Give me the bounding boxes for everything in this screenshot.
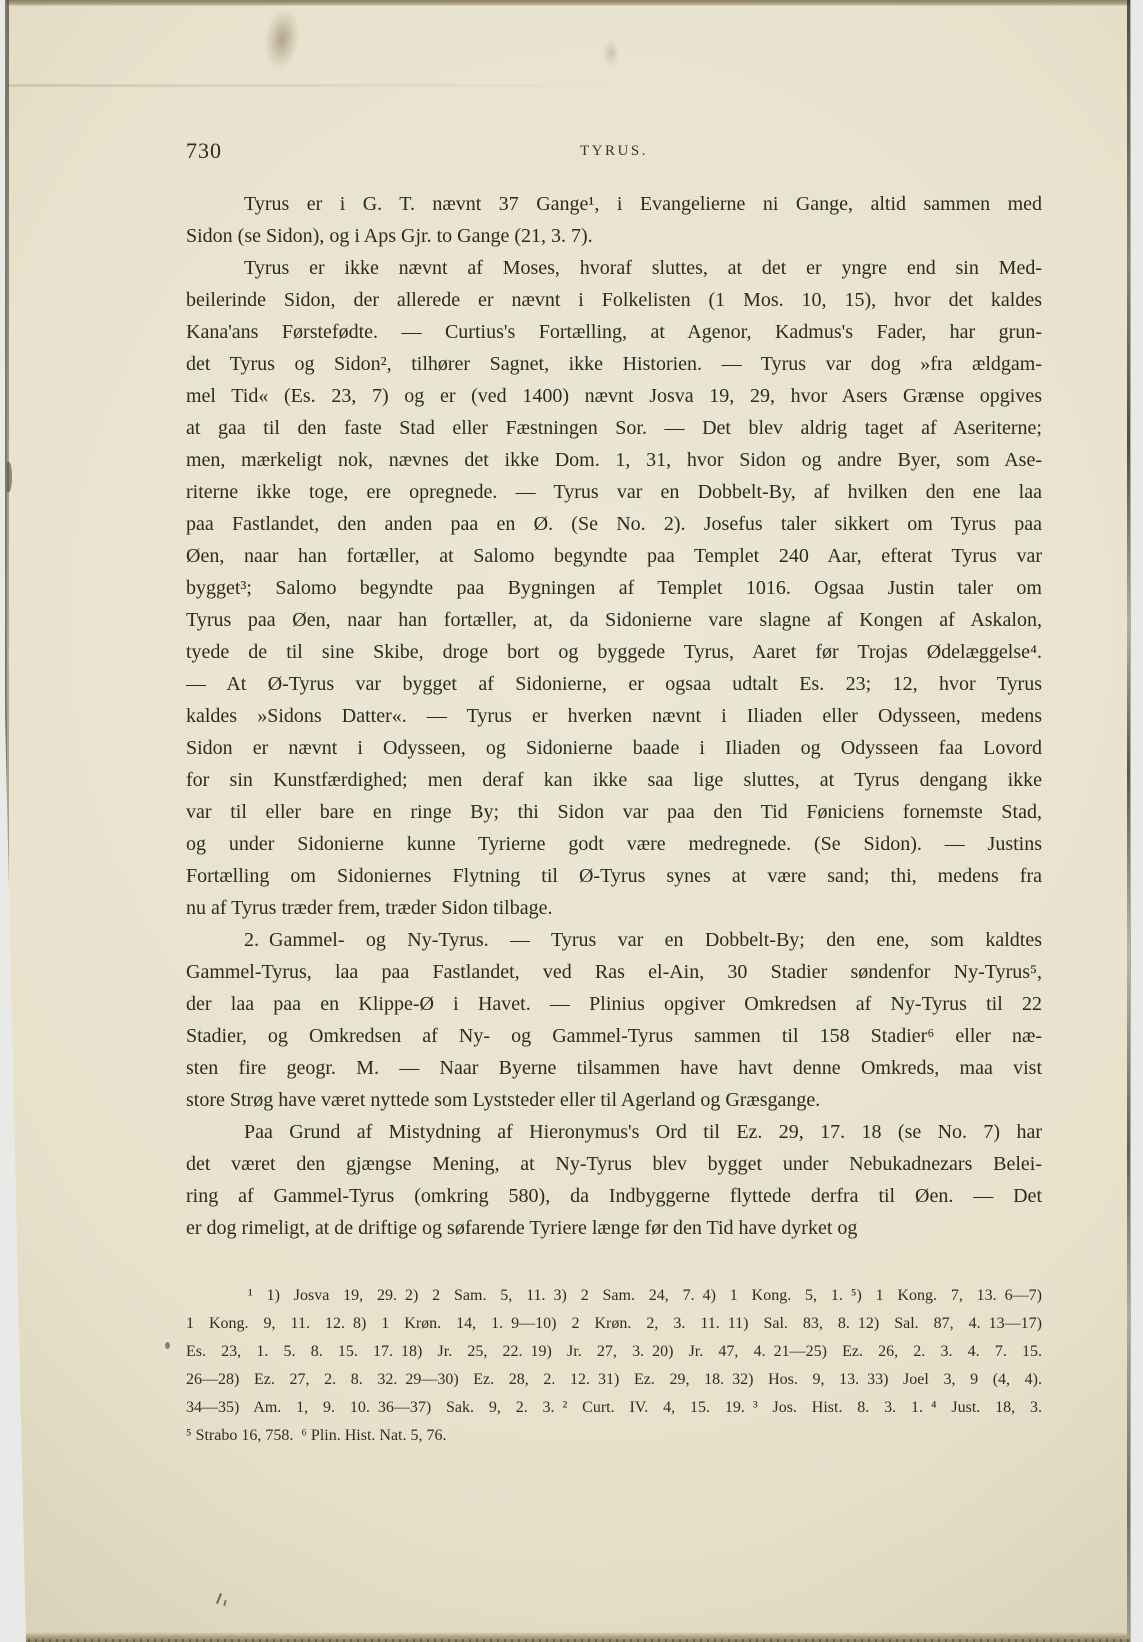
body-text-line: Tyrus er i G. T. nævnt 37 Gange¹, i Evan… [186, 188, 1042, 220]
body-text-line: Stadier, og Omkredsen af Ny- og Gammel-T… [186, 1020, 1042, 1052]
paragraph: 2. Gammel- og Ny-Tyrus. — Tyrus var en D… [186, 924, 1042, 1116]
body-text-line: Sidon er nævnt i Odysseen, og Sidonierne… [186, 732, 1042, 764]
body-text-line: beilerinde Sidon, der allerede er nævnt … [186, 284, 1042, 316]
body-text-line: ring af Gammel-Tyrus (omkring 580), da I… [186, 1180, 1042, 1212]
running-title: TYRUS. [186, 143, 1042, 160]
body-text-line: Fortælling om Sidoniernes Flytning til Ø… [186, 860, 1042, 892]
body-text-line: kaldes »Sidons Datter«. — Tyrus er hverk… [186, 700, 1042, 732]
body-text-line: der laa paa en Klippe-Ø i Havet. — Plini… [186, 988, 1042, 1020]
footnote-line: 1 Kong. 9, 11. 12. 8) 1 Krøn. 14, 1. 9—1… [186, 1310, 1042, 1338]
footnote-line: ⁵ Strabo 16, 758. ⁶ Plin. Hist. Nat. 5, … [186, 1422, 1042, 1450]
paragraph: Tyrus er ikke nævnt af Moses, hvoraf slu… [186, 252, 1042, 924]
body-text-line: for sin Kunstfærdighed; men deraf kan ik… [186, 764, 1042, 796]
body-text-line: — At Ø-Tyrus var bygget af Sidonierne, e… [186, 668, 1042, 700]
body-text-line: det været den gjængse Mening, at Ny-Tyru… [186, 1148, 1042, 1180]
footnote-line: 26—28) Ez. 27, 2. 8. 32. 29—30) Ez. 28, … [186, 1366, 1042, 1394]
footnote-line: Es. 23, 1. 5. 8. 15. 17. 18) Jr. 25, 22.… [186, 1338, 1042, 1366]
body-text-line: Gammel-Tyrus, laa paa Fastlandet, ved Ra… [186, 956, 1042, 988]
body-text-line: mel Tid« (Es. 23, 7) og er (ved 1400) næ… [186, 380, 1042, 412]
body-text-line: paa Fastlandet, den anden paa en Ø. (Se … [186, 508, 1042, 540]
body-text-line: Kana'ans Førstefødte. — Curtius's Fortæl… [186, 316, 1042, 348]
footnote-line: ¹ 1) Josva 19, 29. 2) 2 Sam. 5, 11. 3) 2… [186, 1282, 1042, 1310]
body-text-line: store Strøg have været nyttede som Lysts… [186, 1084, 1042, 1116]
body-text-line: 2. Gammel- og Ny-Tyrus. — Tyrus var en D… [186, 924, 1042, 956]
body-text-line: men, mærkeligt nok, nævnes det ikke Dom.… [186, 444, 1042, 476]
body-text-line: riterne ikke toge, ere opregnede. — Tyru… [186, 476, 1042, 508]
body-text-line: bygget³; Salomo begyndte paa Bygningen a… [186, 572, 1042, 604]
body-text-line: er dog rimeligt, at de driftige og søfar… [186, 1212, 1042, 1244]
paragraph: Tyrus er i G. T. nævnt 37 Gange¹, i Evan… [186, 188, 1042, 252]
footnote-line: 34—35) Am. 1, 9. 10. 36—37) Sak. 9, 2. 3… [186, 1394, 1042, 1422]
footnotes-block: ¹ 1) Josva 19, 29. 2) 2 Sam. 5, 11. 3) 2… [186, 1282, 1042, 1450]
article-body: Tyrus er i G. T. nævnt 37 Gange¹, i Evan… [186, 188, 1042, 1244]
page-header: 730 TYRUS. [186, 136, 1042, 166]
body-text-line: Paa Grund af Mistydning af Hieronymus's … [186, 1116, 1042, 1148]
body-text-line: Sidon (se Sidon), og i Aps Gjr. to Gange… [186, 220, 1042, 252]
body-text-line: tyede de til sine Skibe, droge bort og b… [186, 636, 1042, 668]
body-text-line: det Tyrus og Sidon², tilhører Sagnet, ik… [186, 348, 1042, 380]
body-text-line: og under Sidonierne kunne Tyrierne godt … [186, 828, 1042, 860]
body-text-line: Tyrus paa Øen, naar han fortæller, at, d… [186, 604, 1042, 636]
paragraph: Paa Grund af Mistydning af Hieronymus's … [186, 1116, 1042, 1244]
body-text-line: sten fire geogr. M. — Naar Byerne tilsam… [186, 1052, 1042, 1084]
body-text-line: Øen, naar han fortæller, at Salomo begyn… [186, 540, 1042, 572]
body-text-line: var til eller bare en ringe By; thi Sido… [186, 796, 1042, 828]
body-text-line: nu af Tyrus træder frem, træder Sidon ti… [186, 892, 1042, 924]
body-text-line: Tyrus er ikke nævnt af Moses, hvoraf slu… [186, 252, 1042, 284]
body-text-line: at gaa til den faste Stad eller Fæstning… [186, 412, 1042, 444]
